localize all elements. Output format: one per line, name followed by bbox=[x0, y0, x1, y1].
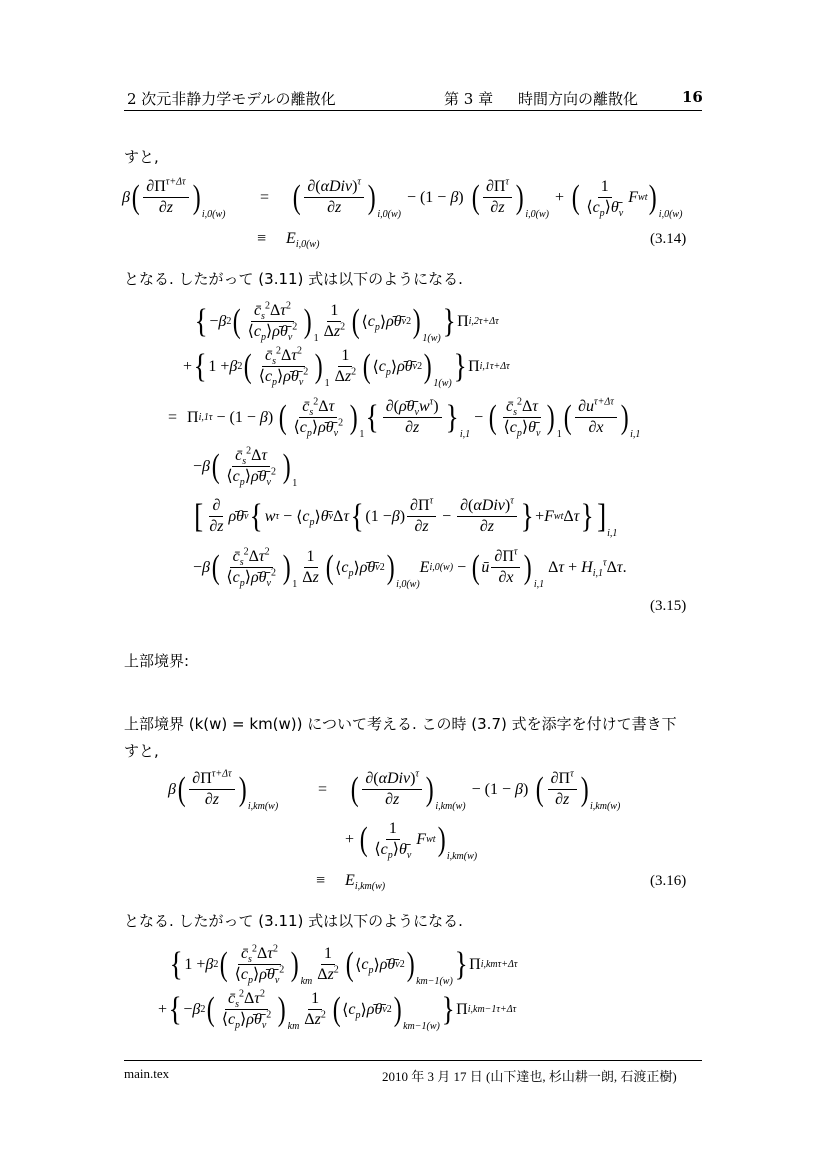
body-text-naru-1: となる. したがって (3.11) 式は以下のようになる. bbox=[124, 268, 463, 289]
text-fragment: 上部境界 (k(w) = km(w)) について考える. この時 (3.7) 式… bbox=[124, 715, 677, 733]
text-fragment: すと, bbox=[124, 742, 159, 760]
footer-left: main.tex bbox=[124, 1066, 169, 1082]
header-chapter-title: 時間方向の離散化 bbox=[518, 90, 638, 108]
footer-right: 2010 年 3 月 17 日 (山下達也, 杉山耕一朗, 石渡正樹) bbox=[382, 1066, 677, 1085]
eq-number-text: (3.14) bbox=[650, 231, 686, 247]
text-fragment: となる. したがって (3.11) 式は以下のようになる. bbox=[124, 270, 463, 288]
equation-number-3-15: (3.15) bbox=[650, 598, 686, 615]
equation-3-14-lhs: β ( ∂Πτ+Δτ∂z ) i,0(w) bbox=[122, 178, 225, 218]
text-fragment: となる. したがって (3.11) 式は以下のようになる. bbox=[124, 912, 463, 930]
header-chapter: 第 3 章 bbox=[444, 90, 493, 108]
equation-3-15-line-2: +{1 + β2 ( c̄s2Δτ2⟨cp⟩ρ̄θ̄v2 )1 1Δz2 (⟨c… bbox=[183, 347, 510, 387]
body-text-upper-boundary-2: すと, bbox=[124, 740, 159, 761]
text-fragment: 上部境界: bbox=[124, 652, 189, 670]
eq-number-text: (3.15) bbox=[650, 598, 686, 614]
section-label-upper-boundary: 上部境界: bbox=[124, 650, 189, 671]
footer-date-authors: 2010 年 3 月 17 日 (山下達也, 杉山耕一朗, 石渡正樹) bbox=[382, 1069, 677, 1084]
eq-number-text: (3.16) bbox=[650, 873, 686, 889]
equation-number-3-16: (3.16) bbox=[650, 873, 686, 890]
equation-3-15-line-1: {−β2 ( c̄s2Δτ2⟨cp⟩ρ̄θ̄v2 )1 1Δz2 (⟨cp⟩ρ̄… bbox=[193, 302, 499, 342]
equation-3-15-line-3: =Πi,1τ − (1 − β) ( c̄s2Δτ⟨cp⟩ρ̄θ̄v2 )1 {… bbox=[168, 398, 640, 438]
body-text-naru-2: となる. したがって (3.11) 式は以下のようになる. bbox=[124, 910, 463, 931]
running-header-chapter: 第 3 章 bbox=[444, 88, 493, 109]
equation-3-15-line-6: −β ( c̄s2Δτ2⟨cp⟩ρ̄θ̄v2 )1 1Δz (⟨cp⟩ρ̄θ̄v… bbox=[193, 548, 627, 588]
equation-3-15-line-4: −β ( c̄s2Δτ⟨cp⟩ρ̄θ̄v2 )1 bbox=[193, 447, 297, 487]
running-header-left: 2 次元非静力学モデルの離散化 bbox=[127, 88, 336, 109]
equation-3-15-line-5: [ ∂∂z ρ̄θ̄v {wτ −⟨cp⟩θ̄vΔτ {(1 − β) ∂Πτ∂… bbox=[193, 497, 617, 537]
footer-rule bbox=[124, 1060, 702, 1061]
equation-3-16-lhs: β ( ∂Πτ+Δτ∂z )i,km(w) bbox=[168, 770, 278, 810]
body-text-upper-boundary-1: 上部境界 (k(w) = km(w)) について考える. この時 (3.7) 式… bbox=[124, 713, 677, 734]
header-rule bbox=[124, 110, 702, 111]
text-fragment: すと, bbox=[124, 148, 159, 166]
equation-3-16-line-1: = ( ∂(αDiv)τ∂z )i,km(w) − (1 − β) ( ∂Πτ∂… bbox=[318, 770, 620, 810]
page-number: 16 bbox=[682, 88, 703, 106]
equation-upper-line-1: {1 + β2 ( c̄s2Δτ2⟨cp⟩ρ̄θ̄v2 )km 1Δz2 (⟨c… bbox=[168, 945, 517, 985]
equation-3-14-equiv: ≡Ei,0(w) bbox=[257, 230, 319, 248]
equation-number-3-14: (3.14) bbox=[650, 231, 686, 248]
equation-3-16-line-2: + ( 1⟨cp⟩θ̄v Fwt )i,km(w) bbox=[345, 820, 477, 860]
body-text-suto: すと, bbox=[124, 146, 159, 167]
running-header-chapter-title: 時間方向の離散化 bbox=[518, 88, 638, 109]
equation-3-14-rhs: = ( ∂(αDiv)τ∂z )i,0(w) − (1 − β) ( ∂Πτ∂z… bbox=[260, 178, 682, 218]
equation-3-16-equiv: ≡Ei,km(w) bbox=[316, 872, 385, 890]
header-left-text: 2 次元非静力学モデルの離散化 bbox=[127, 90, 336, 108]
equation-upper-line-2: +{−β2 ( c̄s2Δτ2⟨cp⟩ρ̄θ̄v2 )km 1Δz2 (⟨cp⟩… bbox=[158, 990, 516, 1030]
footer-filename: main.tex bbox=[124, 1066, 169, 1081]
page-number-text: 16 bbox=[682, 88, 703, 106]
